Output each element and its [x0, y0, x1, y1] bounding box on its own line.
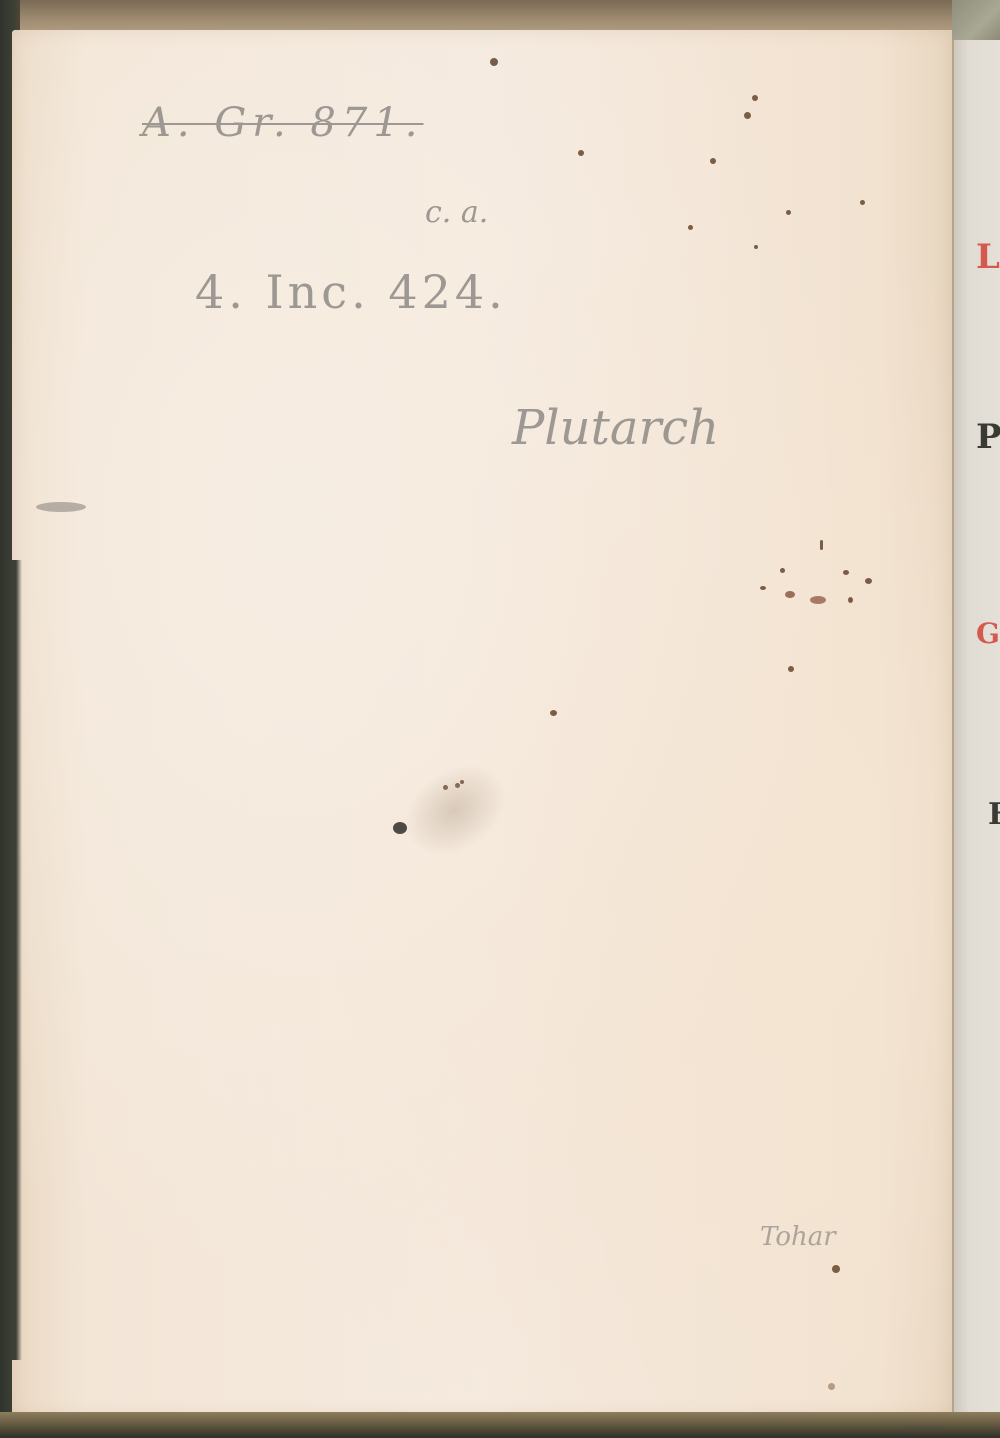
facing-text-fragment: H: [988, 800, 1000, 830]
foxing-spot: [843, 570, 849, 575]
bottom-note: Tohar: [760, 1222, 836, 1252]
pencil-smudge: [36, 502, 86, 512]
foxing-spot: [578, 150, 584, 156]
flyleaf-page: [12, 30, 952, 1417]
rubric-letter: G: [976, 620, 1000, 648]
facing-leaf: L Pl G H: [952, 40, 1000, 1438]
foxing-spot: [760, 586, 766, 590]
shelfmark: 4. Inc. 424.: [195, 265, 507, 319]
foxing-spot: [785, 591, 795, 598]
foxing-spot: [865, 578, 872, 584]
binding-board-bottom: [0, 1412, 1000, 1438]
foxing-spot: [832, 1265, 840, 1273]
rubric-letter: L: [976, 240, 1000, 274]
foxing-spot: [860, 200, 865, 205]
foxing-spot: [828, 1383, 835, 1390]
foxing-spot: [780, 568, 785, 573]
foxing-spot: [688, 225, 693, 230]
foxing-spot: [490, 58, 498, 66]
author-note: Plutarch: [512, 400, 719, 456]
foxing-spot: [550, 710, 557, 716]
foxing-spot: [754, 245, 758, 249]
foxing-spot: [744, 112, 751, 119]
page-edge-shadow: [12, 560, 22, 1360]
old-shelfmark-struck: A. Gr. 871.: [142, 100, 424, 146]
foxing-spot: [786, 210, 791, 215]
foxing-spot: [788, 666, 794, 672]
foxing-spot: [752, 95, 758, 101]
foxing-spot: [848, 597, 853, 603]
foxing-spot: [810, 596, 826, 604]
foxing-spot: [820, 540, 823, 550]
book-scan: L Pl G H A. Gr. 871. c. a. 4. Inc. 424. …: [0, 0, 1000, 1438]
marginal-note: c. a.: [425, 195, 488, 230]
foxing-spot: [710, 158, 716, 164]
facing-text-fragment: Pl: [976, 420, 1000, 454]
watermark: bavarikon: [905, 1424, 944, 1433]
